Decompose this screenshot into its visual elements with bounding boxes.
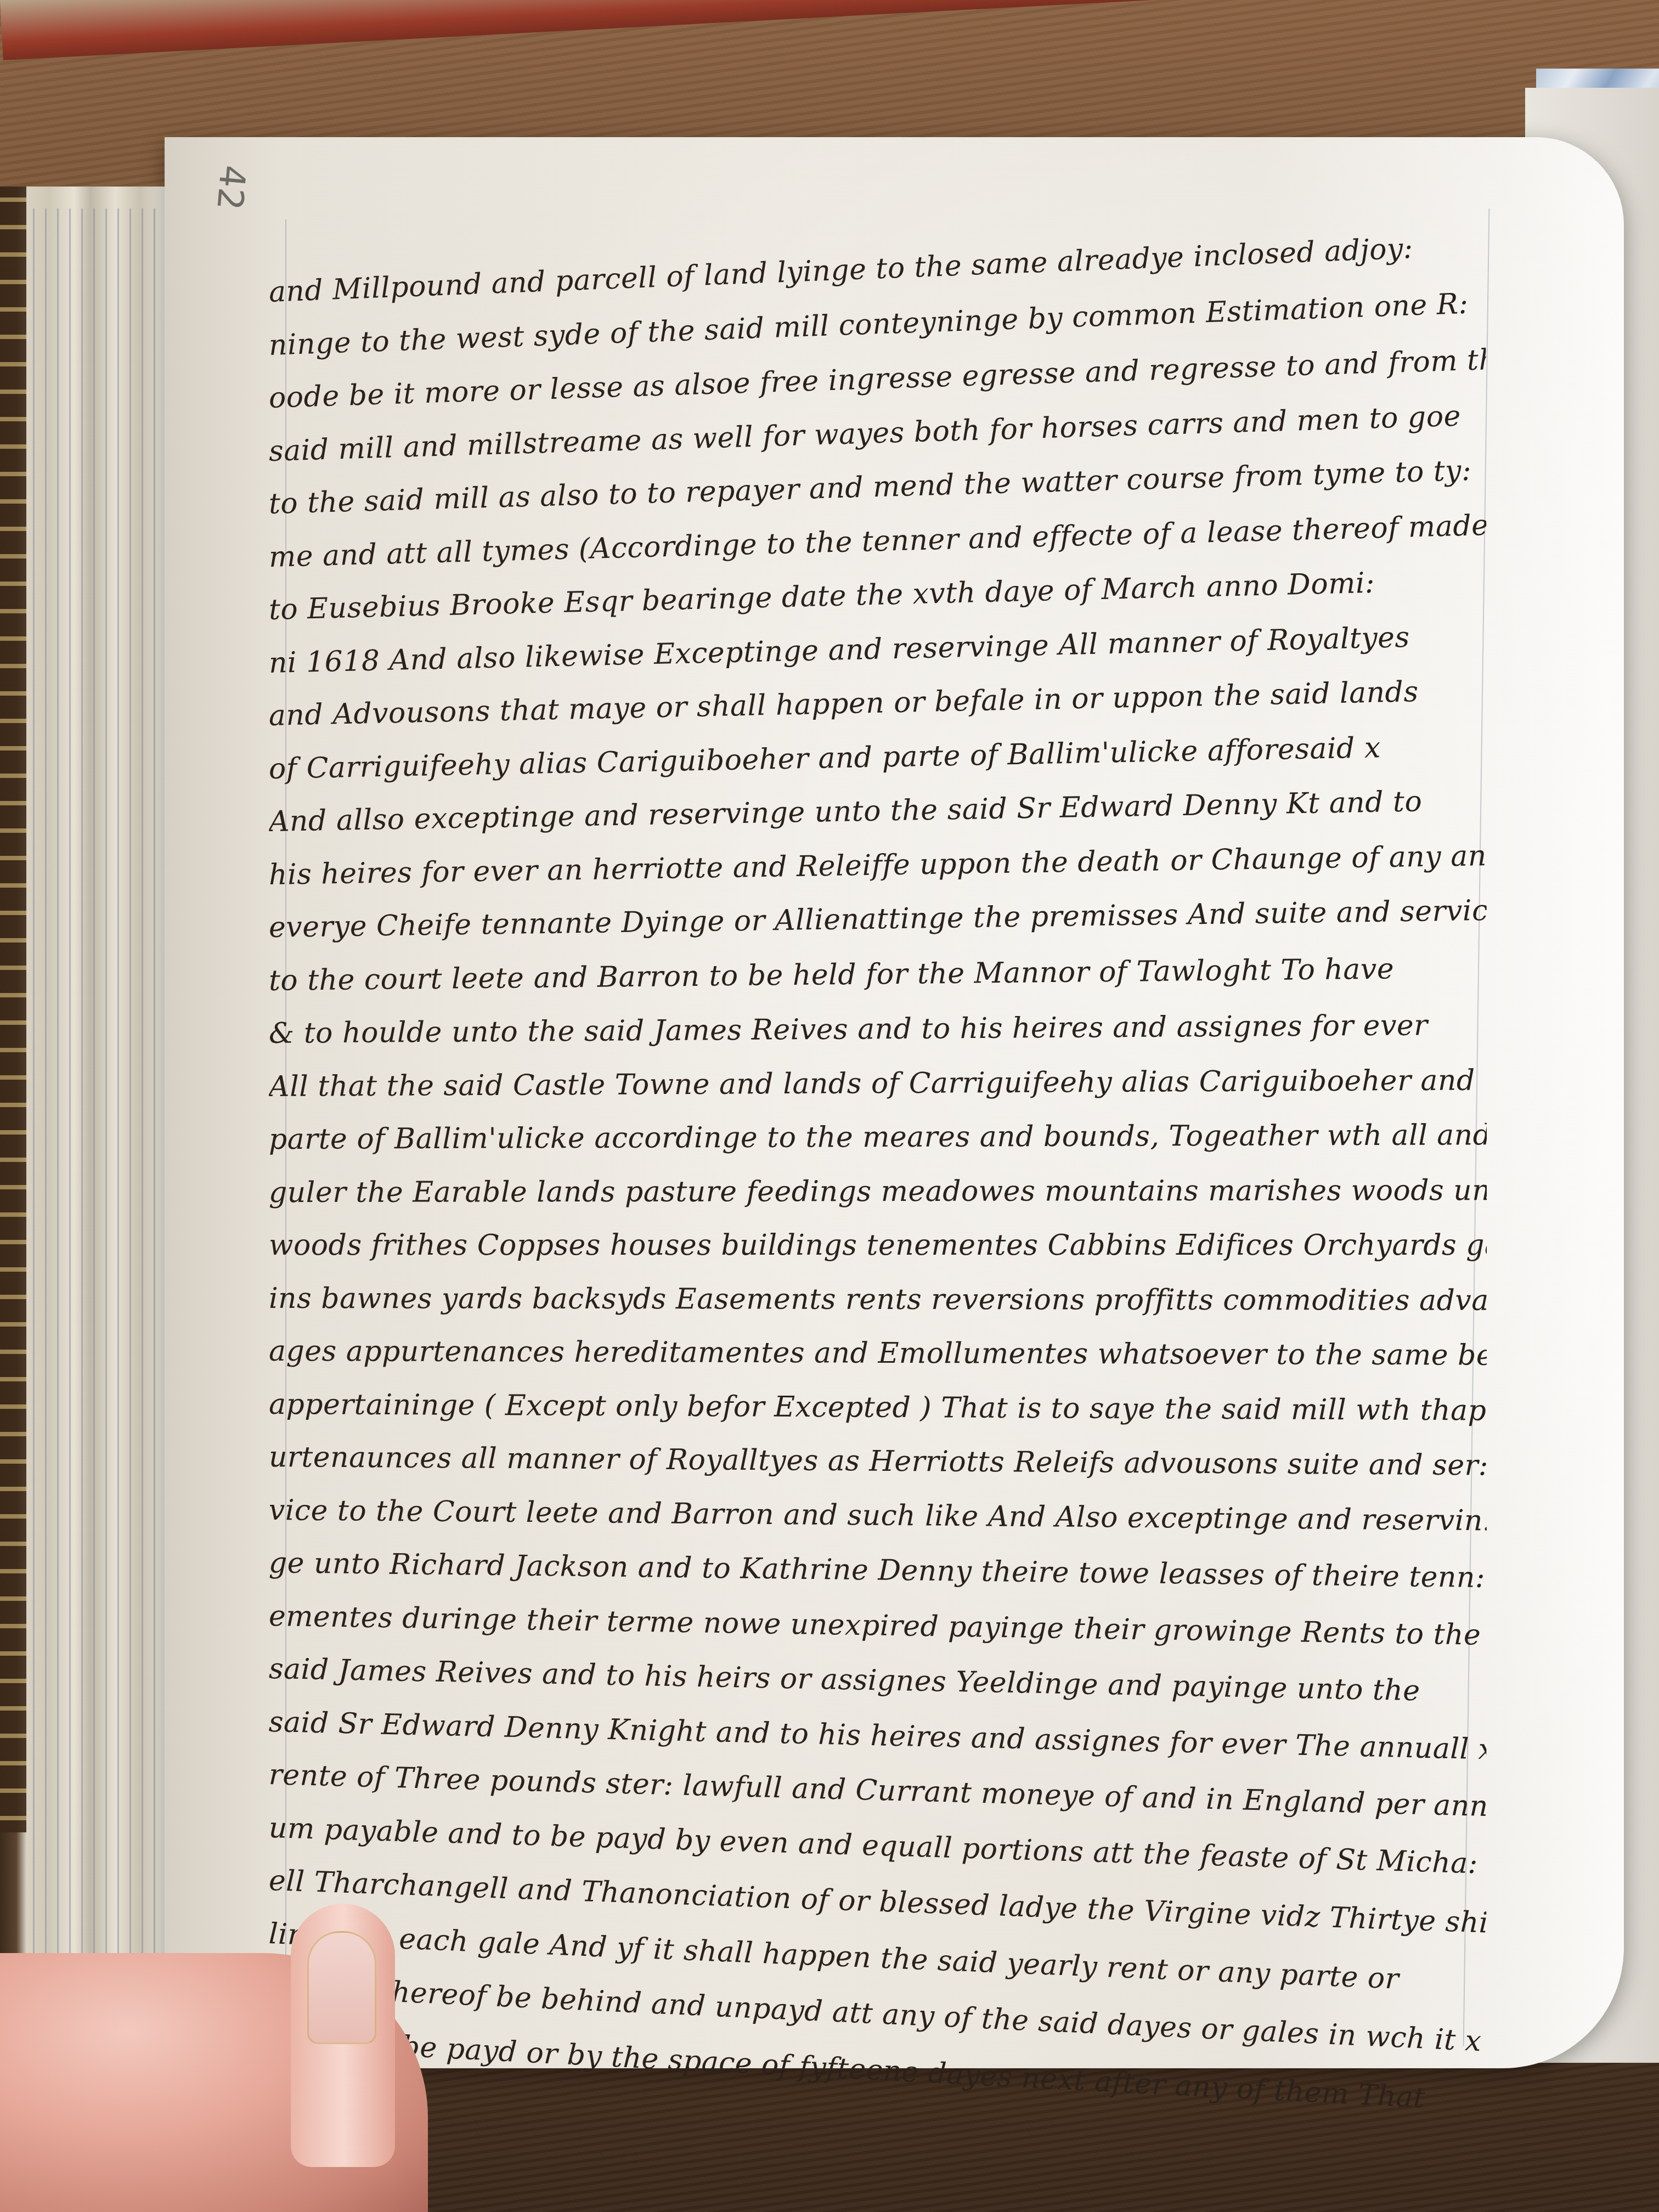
text-line: All that the said Castle Towne and lands…	[269, 1054, 1487, 1113]
text-line: guler the Earable lands pasture feedings…	[269, 1164, 1487, 1219]
text-line: & to houlde unto the said James Reives a…	[269, 999, 1487, 1060]
text-line: ins bawnes yards backsyds Easements rent…	[269, 1272, 1487, 1327]
folio-number: 42	[208, 163, 253, 212]
text-line: woods frithes Coppses houses buildings t…	[269, 1219, 1487, 1272]
manuscript-text: and Millpound and parcell of land lyinge…	[269, 266, 1487, 2066]
manuscript-page[interactable]: 42 and Millpound and parcell of land lyi…	[165, 137, 1624, 2068]
fingernail	[307, 1931, 376, 2044]
text-line: parte of Ballim'ulicke accordinge to the…	[269, 1109, 1487, 1166]
text-line: ages appurtenances hereditamentes and Em…	[269, 1325, 1487, 1382]
page-edges	[33, 208, 165, 2074]
gilt-spine-ornament	[0, 187, 26, 1832]
text-line: vice to the Court leete and Barron and s…	[269, 1484, 1487, 1548]
text-line: urtenaunces all manner of Royalltyes as …	[269, 1431, 1487, 1492]
text-line: appertaininge ( Except only befor Except…	[269, 1378, 1487, 1437]
